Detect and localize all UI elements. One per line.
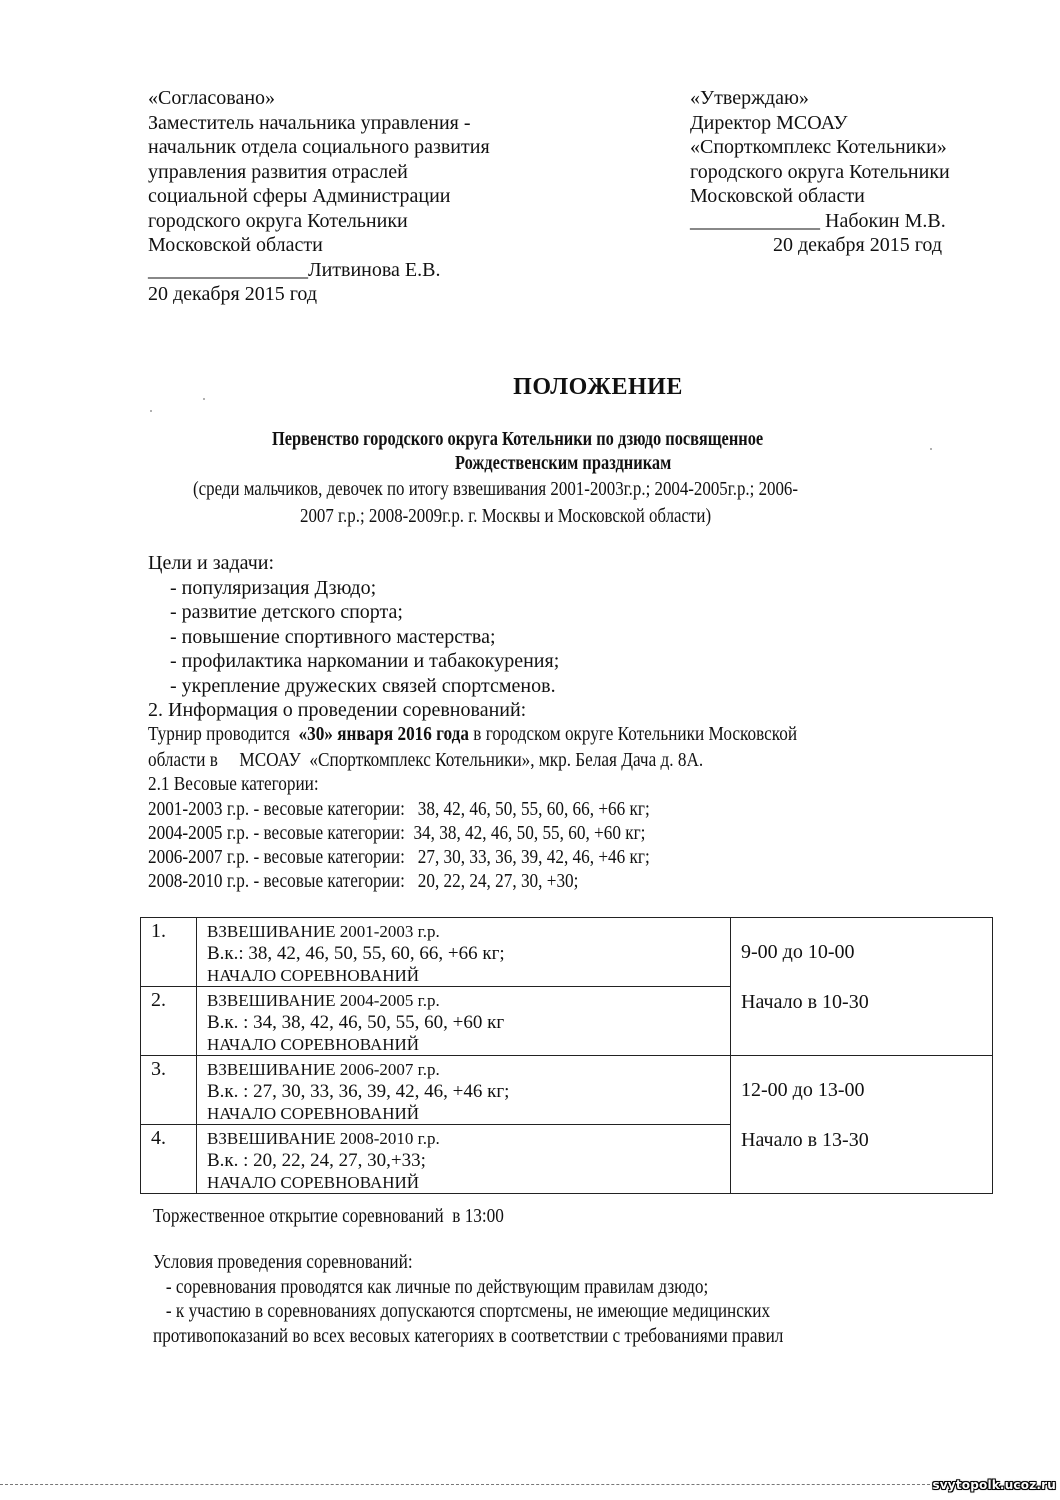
approval-right-line: городского округа Котельники — [690, 160, 1010, 185]
start-label: НАЧАЛО СОРЕВНОВАНИЙ — [207, 966, 730, 986]
goals-section: Цели и задачи: - популяризация Дзюдо; - … — [148, 551, 559, 698]
start-label: НАЧАЛО СОРЕВНОВАНИЙ — [207, 1035, 730, 1055]
goal-item: - профилактика наркомании и табакокурени… — [148, 649, 559, 674]
scan-speck — [150, 410, 152, 412]
signer-name: Набокин М.В. — [825, 210, 946, 232]
scan-speck — [930, 448, 932, 450]
row-number: 3. — [141, 1056, 197, 1125]
start-time: Начало в 10-30 — [741, 990, 992, 1014]
row-description: ВЗВЕШИВАНИЕ 2008-2010 г.р. В.к. : 20, 22… — [197, 1125, 731, 1194]
row-number: 1. — [141, 918, 197, 987]
weigh-time: 9-00 до 10-00 — [741, 940, 992, 964]
conditions-heading: Условия проведения соревнований: — [153, 1250, 783, 1275]
row-description: ВЗВЕШИВАНИЕ 2004-2005 г.р. В.к. : 34, 38… — [197, 987, 731, 1056]
weight-line: 2001-2003 г.р. - весовые категории: 38, … — [148, 797, 650, 822]
venue-prefix: Турнир проводится — [148, 723, 299, 745]
weighing-label: ВЗВЕШИВАНИЕ 2004-2005 г.р. — [207, 990, 730, 1011]
condition-item-continued: противопоказаний во всех весовых категор… — [153, 1324, 783, 1349]
opening-ceremony: Торжественное открытие соревнований в 13… — [153, 1204, 504, 1229]
venue-suffix: в городском округе Котельники Московской — [469, 723, 797, 745]
goal-item: - популяризация Дзюдо; — [148, 576, 559, 601]
signer-name: Литвинова Е.В. — [308, 259, 440, 281]
conditions-section: Условия проведения соревнований: - сорев… — [153, 1250, 783, 1348]
approval-left-line: социальной сферы Администрации — [148, 184, 568, 209]
signature-blank: _____________ — [690, 210, 820, 232]
row-number: 4. — [141, 1125, 197, 1194]
time-cell: 9-00 до 10-00 Начало в 10-30 — [731, 918, 993, 1056]
start-time: Начало в 13-30 — [741, 1128, 992, 1152]
categories-label: В.к. : 34, 38, 42, 46, 50, 55, 60, +60 к… — [207, 1011, 730, 1035]
start-label: НАЧАЛО СОРЕВНОВАНИЙ — [207, 1104, 730, 1124]
weight-line: 2008-2010 г.р. - весовые категории: 20, … — [148, 869, 578, 894]
approval-right-date: 20 декабря 2015 год — [690, 233, 1010, 258]
venue-date: «30» января 2016 года — [299, 723, 469, 745]
schedule-table: 1. ВЗВЕШИВАНИЕ 2001-2003 г.р. В.к.: 38, … — [140, 917, 993, 1194]
approval-right-line: Директор МСОАУ — [690, 111, 1010, 136]
table-row: 3. ВЗВЕШИВАНИЕ 2006-2007 г.р. В.к. : 27,… — [141, 1056, 993, 1125]
approval-right-signature: _____________ Набокин М.В. — [690, 209, 1010, 234]
approval-right-heading: «Утверждаю» — [690, 86, 1010, 111]
row-description: ВЗВЕШИВАНИЕ 2001-2003 г.р. В.к.: 38, 42,… — [197, 918, 731, 987]
approval-left-line: Московской области — [148, 233, 568, 258]
categories-label: В.к. : 20, 22, 24, 27, 30,+33; — [207, 1149, 730, 1173]
venue-line: Турнир проводится «30» января 2016 года … — [148, 722, 797, 747]
weighing-label: ВЗВЕШИВАНИЕ 2001-2003 г.р. — [207, 921, 730, 942]
approval-right-block: «Утверждаю» Директор МСОАУ «Спорткомплек… — [690, 86, 1010, 258]
venue-line: области в МСОАУ «Спорткомплекс Котельник… — [148, 748, 703, 773]
row-number: 2. — [141, 987, 197, 1056]
start-label: НАЧАЛО СОРЕВНОВАНИЙ — [207, 1173, 730, 1193]
time-cell: 12-00 до 13-00 Начало в 13-30 — [731, 1056, 993, 1194]
document-subtitle: Первенство городского округа Котельники … — [272, 428, 763, 451]
approval-left-line: городского округа Котельники — [148, 209, 568, 234]
approval-right-line: «Спорткомплекс Котельники» — [690, 135, 1010, 160]
document-title: ПОЛОЖЕНИЕ — [0, 374, 1060, 401]
approval-right-line: Московской области — [690, 184, 1010, 209]
categories-label: В.к. : 27, 30, 33, 36, 39, 42, 46, +46 к… — [207, 1080, 730, 1104]
weight-line: 2006-2007 г.р. - весовые категории: 27, … — [148, 845, 650, 870]
goals-heading: Цели и задачи: — [148, 551, 559, 576]
weight-heading: 2.1 Весовые категории: — [148, 772, 319, 797]
weighing-label: ВЗВЕШИВАНИЕ 2008-2010 г.р. — [207, 1128, 730, 1149]
condition-item: - соревнования проводятся как личные по … — [153, 1275, 783, 1300]
watermark: svytopolk.ucoz.ru — [932, 1478, 1056, 1492]
approval-left-signature: ________________Литвинова Е.В. — [148, 258, 568, 283]
info-heading: 2. Информация о проведении соревнований: — [148, 698, 526, 723]
table-row: 1. ВЗВЕШИВАНИЕ 2001-2003 г.р. В.к.: 38, … — [141, 918, 993, 987]
approval-left-line: начальник отдела социального развития — [148, 135, 568, 160]
document-subtitle: Рождественским праздникам — [455, 452, 671, 475]
document-scope: 2007 г.р.; 2008-2009г.р. г. Москвы и Мос… — [300, 505, 711, 528]
page-bottom-rule — [0, 1484, 940, 1485]
scan-speck — [203, 398, 205, 400]
approval-left-line: Заместитель начальника управления - — [148, 111, 568, 136]
weight-line: 2004-2005 г.р. - весовые категории: 34, … — [148, 821, 645, 846]
approval-left-line: управления развития отраслей — [148, 160, 568, 185]
signature-blank: ________________ — [148, 259, 308, 281]
goal-item: - повышение спортивного мастерства; — [148, 625, 559, 650]
goal-item: - укрепление дружеских связей спортсмено… — [148, 674, 559, 699]
approval-left-block: «Согласовано» Заместитель начальника упр… — [148, 86, 568, 307]
condition-item: - к участию в соревнованиях допускаются … — [153, 1299, 783, 1324]
categories-label: В.к.: 38, 42, 46, 50, 55, 60, 66, +66 кг… — [207, 942, 730, 966]
weighing-label: ВЗВЕШИВАНИЕ 2006-2007 г.р. — [207, 1059, 730, 1080]
approval-left-heading: «Согласовано» — [148, 86, 568, 111]
goal-item: - развитие детского спорта; — [148, 600, 559, 625]
weigh-time: 12-00 до 13-00 — [741, 1078, 992, 1102]
approval-left-date: 20 декабря 2015 год — [148, 282, 568, 307]
row-description: ВЗВЕШИВАНИЕ 2006-2007 г.р. В.к. : 27, 30… — [197, 1056, 731, 1125]
document-scope: (среди мальчиков, девочек по итогу взвеш… — [193, 478, 798, 501]
